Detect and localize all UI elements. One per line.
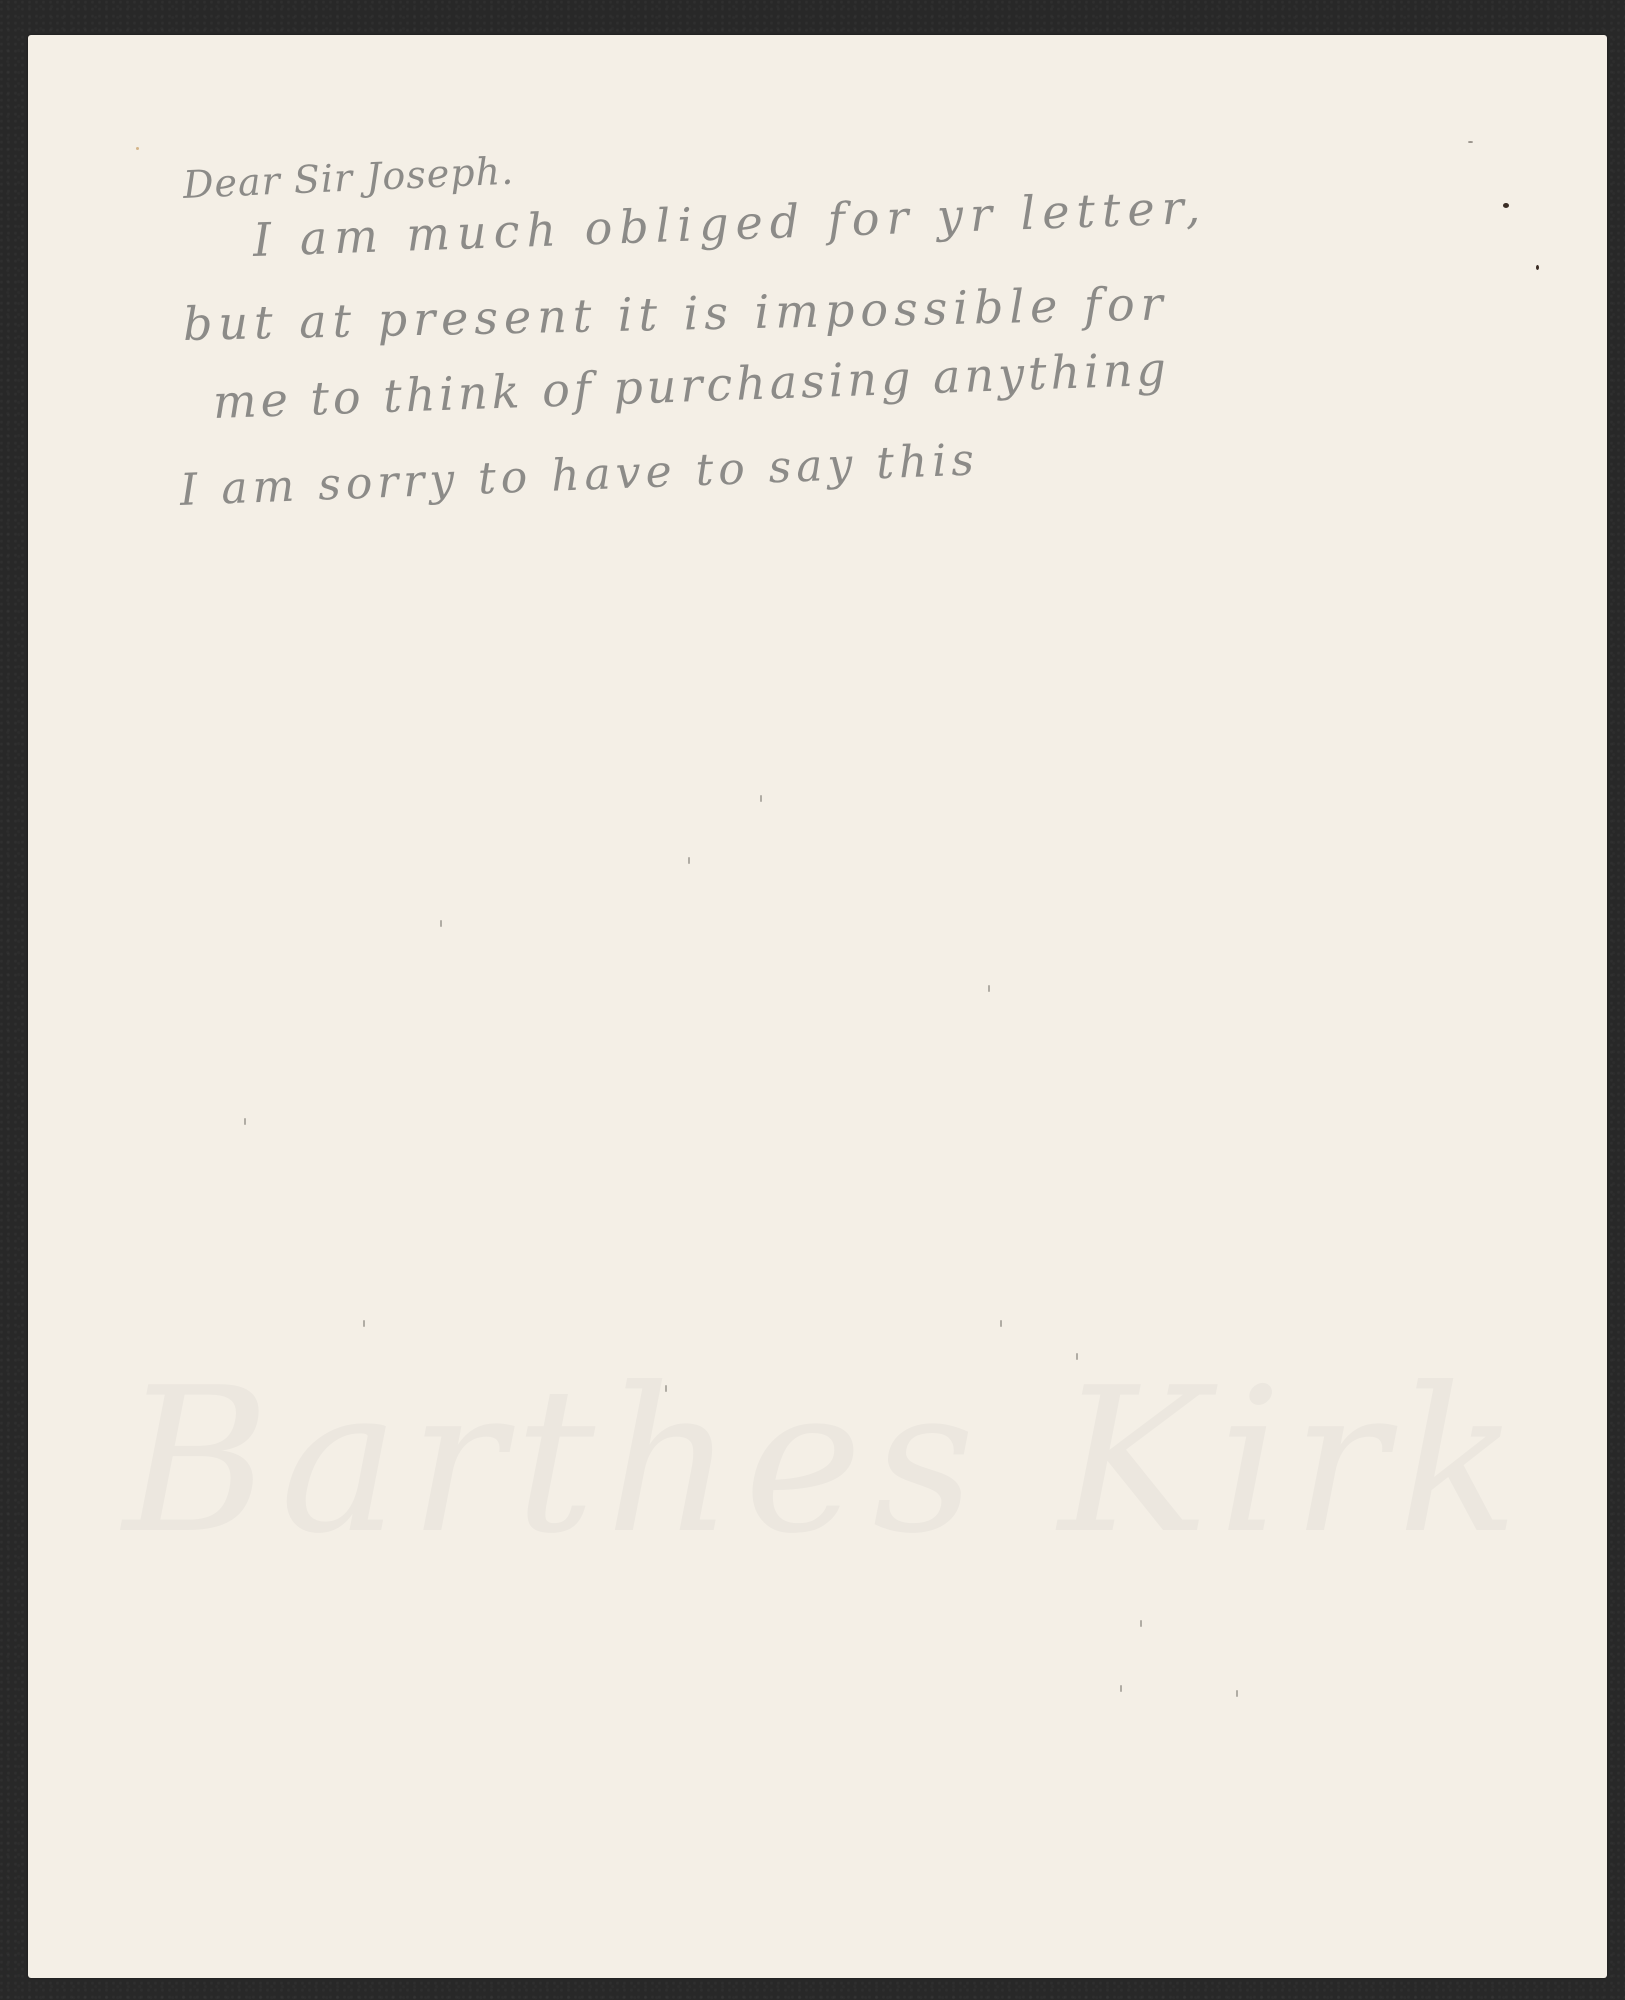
paper-speck	[136, 147, 139, 150]
reverse-side-show-through: Barthes Kirk	[123, 1345, 1529, 1578]
paper-speck	[1468, 141, 1473, 143]
letter-line-2: but at present it is impossible for	[182, 276, 1169, 351]
paper-speck	[1503, 203, 1509, 208]
paper-mark	[363, 1320, 365, 1327]
paper-mark	[1140, 1620, 1142, 1627]
paper-mark	[988, 985, 990, 992]
paper-speck	[1536, 265, 1539, 270]
paper-mark	[688, 857, 690, 864]
paper-mark	[1076, 1353, 1078, 1360]
letter-line-4: I am sorry to have to say this	[179, 434, 980, 516]
paper-mark	[760, 795, 762, 802]
paper-mark	[244, 1118, 246, 1125]
letter-page: Dear Sir Joseph. I am much obliged for y…	[28, 35, 1607, 1978]
paper-mark	[440, 920, 442, 927]
paper-mark	[665, 1385, 667, 1392]
paper-mark	[1120, 1685, 1122, 1692]
paper-mark	[1000, 1320, 1002, 1327]
paper-mark	[1236, 1690, 1238, 1697]
salutation: Dear Sir Joseph.	[182, 149, 515, 207]
letter-line-3: me to think of purchasing anything	[212, 342, 1171, 429]
